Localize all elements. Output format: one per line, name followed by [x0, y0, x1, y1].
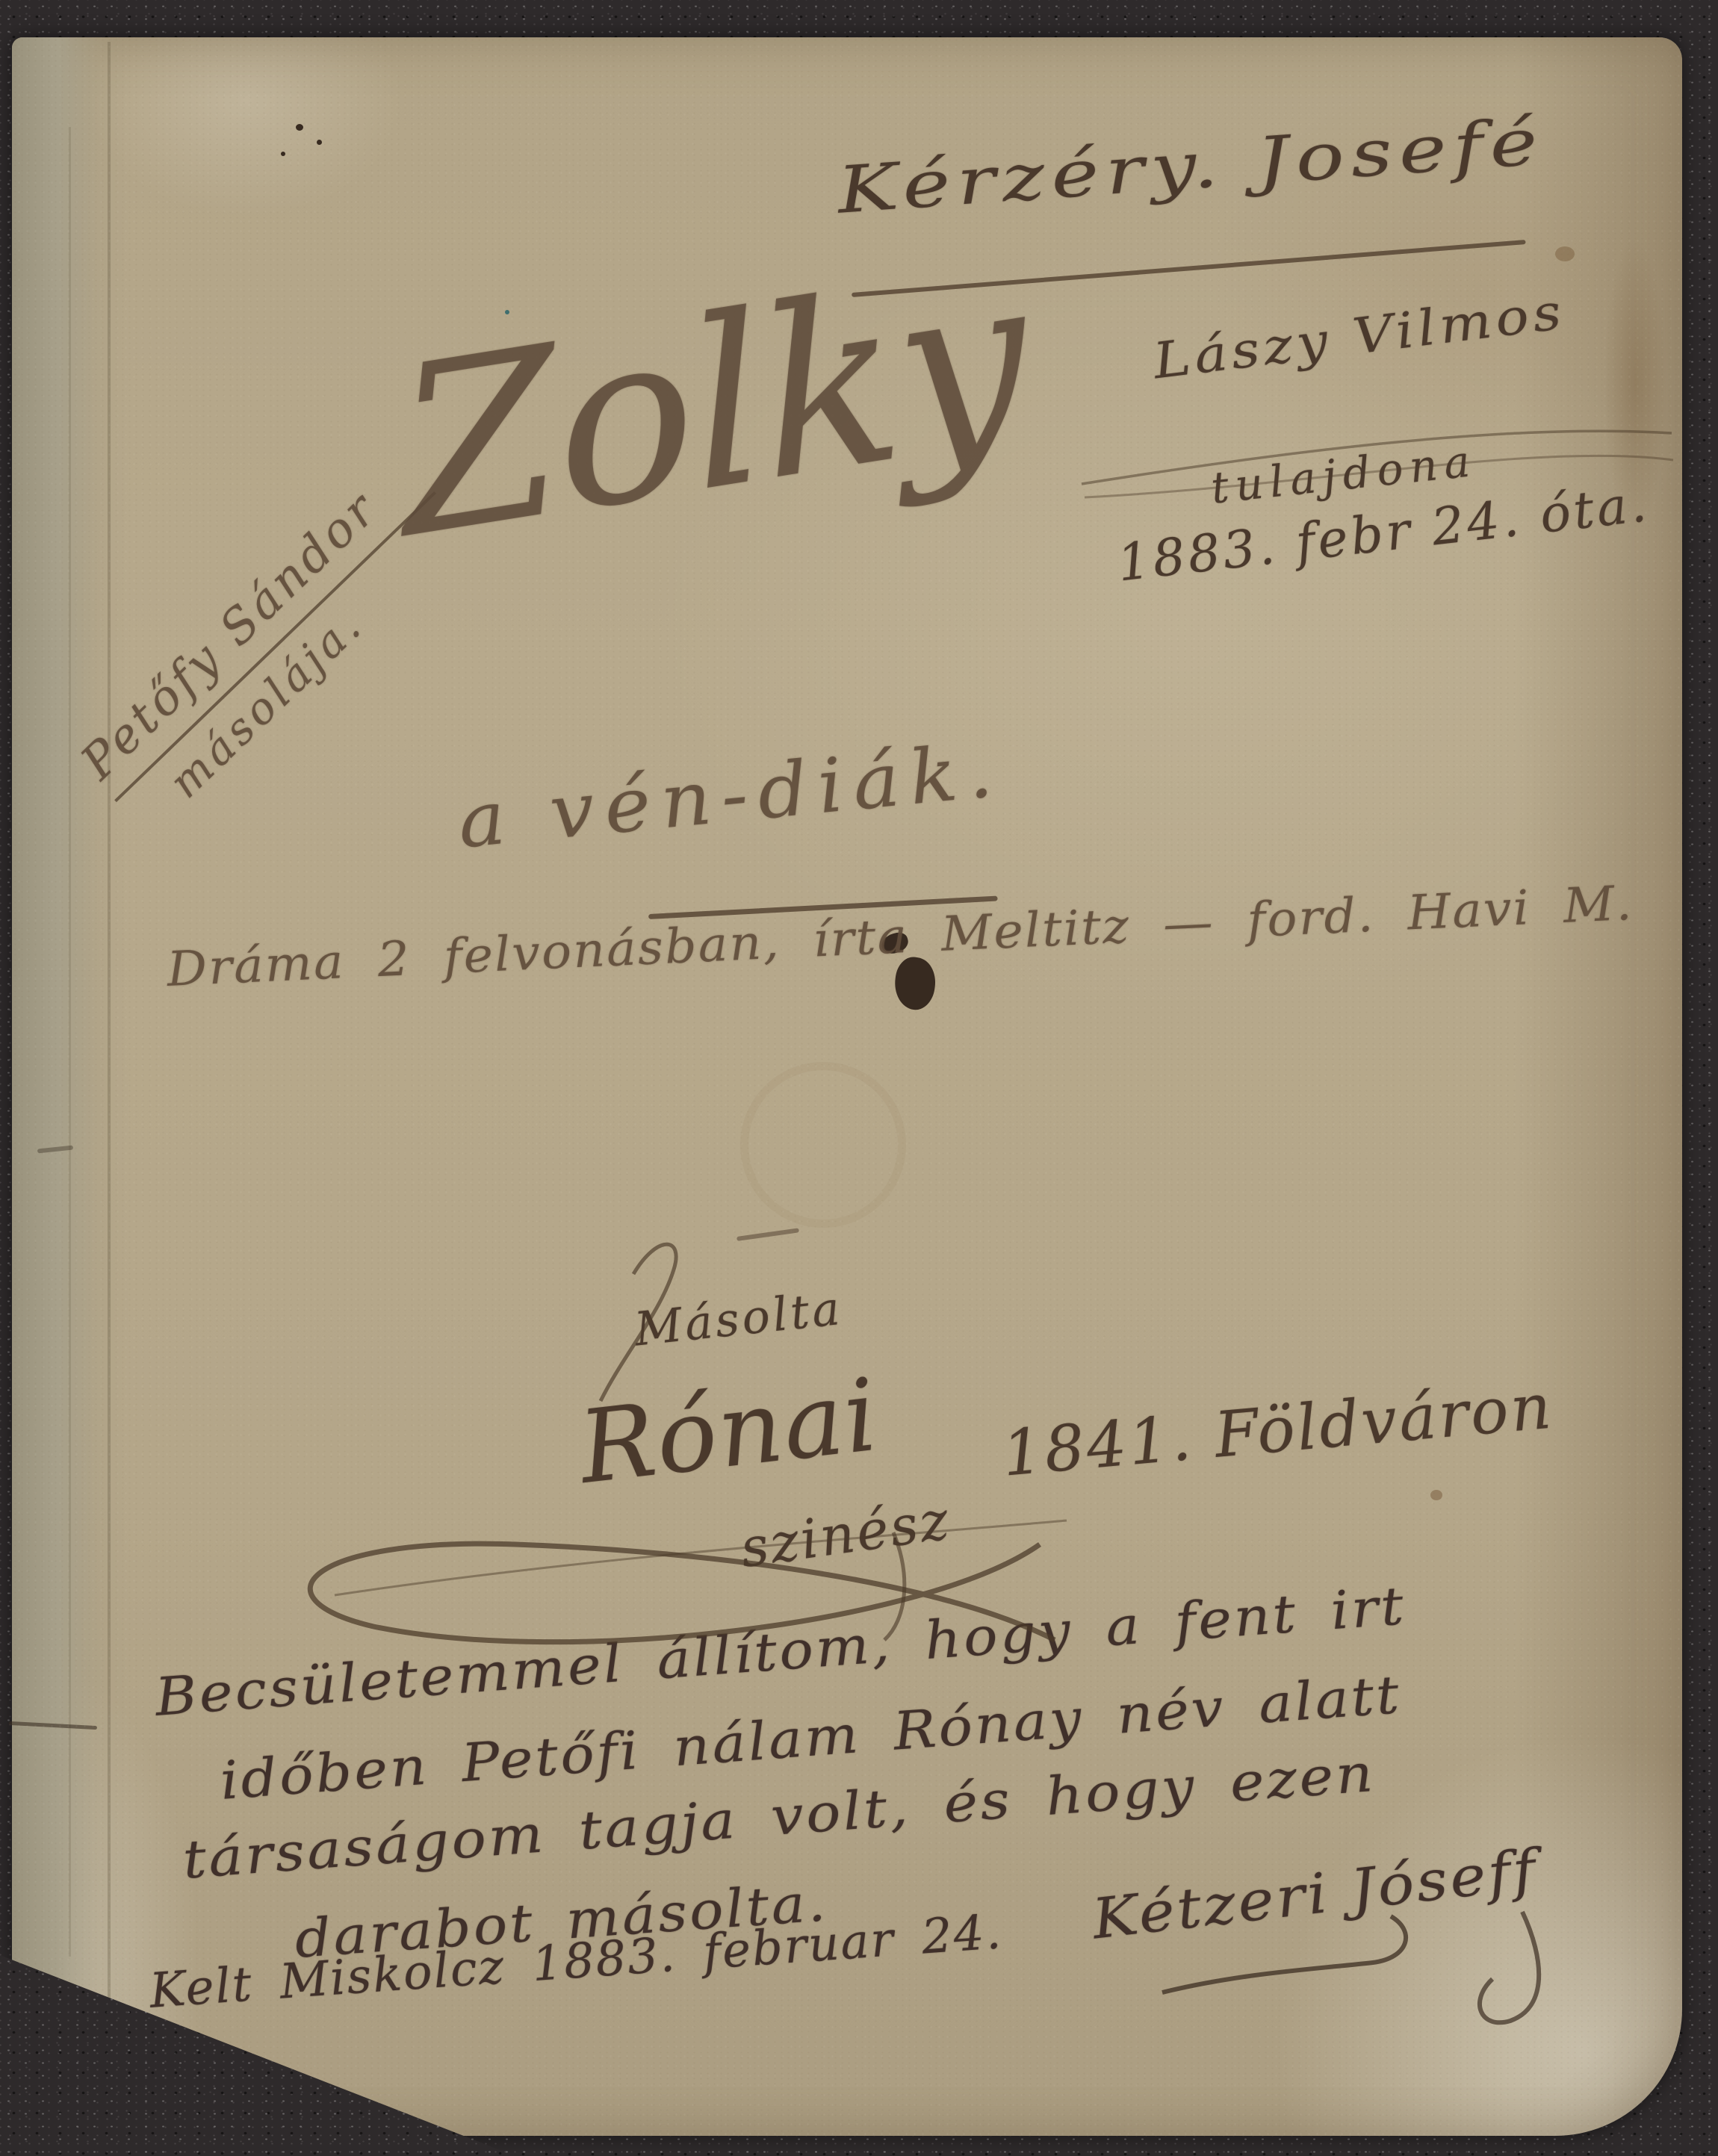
- ink-speck: [317, 140, 322, 145]
- ink-speck: [296, 124, 303, 131]
- ink-speck: [281, 152, 285, 156]
- stamp-ring-faint: [740, 1062, 906, 1228]
- spine-band: [12, 37, 131, 2136]
- spine-crease-line: [108, 42, 111, 2009]
- stain-spot: [1555, 246, 1575, 261]
- stain-spot: [1430, 1490, 1442, 1500]
- spine-inner-line: [69, 127, 71, 1957]
- manuscript-scan: Kérzéry. Josefé Lászy Vilmos tulajdona 1…: [0, 0, 1718, 2156]
- edge-stain-right: [1601, 217, 1669, 635]
